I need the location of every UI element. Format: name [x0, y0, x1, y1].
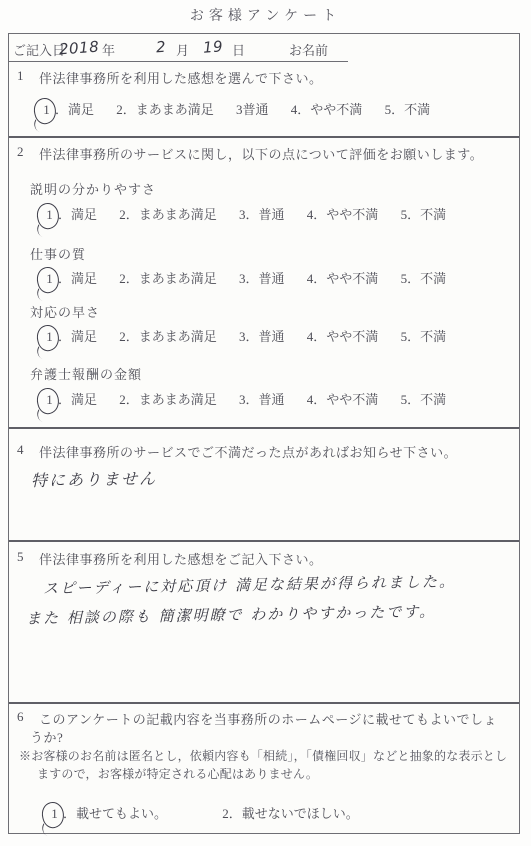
q2-item-1-option-2: 2．まあまあ満足	[119, 207, 217, 222]
day-handwritten: 19	[202, 37, 223, 56]
q1-header: 1 伴法律事務所を利用した感想を選んで下さい。	[9, 68, 519, 87]
date-name-row: ご記入日 2018 年 2 月 19 日 お名前	[9, 37, 519, 61]
q2-item-3-label: 対応の早さ	[30, 302, 100, 321]
q2-item-3-option-4: 4．やや不満	[307, 329, 379, 344]
q6-option-2: 2．載せないでほしい。	[222, 806, 359, 821]
q2-item-2-option-1-label: ．満足	[58, 271, 97, 286]
q1-option-5: 5．不満	[385, 102, 431, 117]
q4-header: 4 伴法律事務所のサービスでご不満だった点があればお知らせ下さい。	[9, 442, 519, 461]
q6-note-line1: ※お客様のお名前は匿名とし，依頼内容も「相続」，「債権回収」などと抽象的な表示と…	[19, 747, 507, 764]
q5-handwritten-line1: スピーディーに対応頂け 満足な結果が得られました。	[43, 570, 456, 598]
q2-item-1-option-4: 4．やや不満	[307, 207, 379, 222]
section-q5: 5 伴法律事務所を利用した感想をご記入下さい。 スピーディーに対応頂け 満足な結…	[9, 542, 519, 704]
q2-item-4-option-4: 4．やや不満	[307, 392, 379, 407]
q2-item-2-label: 仕事の質	[30, 244, 86, 263]
q2-item-3-option-2: 2．まあまあ満足	[119, 329, 217, 344]
q2-item-3-option-3: 3．普通	[239, 329, 285, 344]
q2-item-4-options: 1．満足 2．まあまあ満足 3．普通 4．やや不満 5．不満	[42, 389, 446, 410]
selection-circle: 1	[42, 271, 57, 289]
q2-item-2-option-2: 2．まあまあ満足	[119, 271, 217, 286]
q1-option-1-number: 1	[43, 102, 50, 117]
q2-item-4-option-5: 5．不満	[401, 392, 447, 407]
q4-number: 4	[9, 442, 39, 461]
q1-number: 1	[9, 68, 39, 87]
q5-number: 5	[9, 549, 39, 568]
q6-options: 1．載せてもよい。 2．載せないでほしい。	[47, 803, 359, 824]
selection-circle: 1	[47, 806, 62, 824]
section-q2: 2 伴法律事務所のサービスに関し，以下の点について評価をお願いします。 説明の分…	[9, 138, 519, 429]
month-handwritten: 2	[155, 38, 166, 57]
q5-header: 5 伴法律事務所を利用した感想をご記入下さい。	[9, 549, 519, 568]
q2-item-1-option-5: 5．不満	[401, 207, 447, 222]
q2-item-2-option-1-selected: 1．満足	[42, 271, 97, 286]
section-q1: 1 伴法律事務所を利用した感想を選んで下さい。 1．満足 2．まあまあ満足 3普…	[9, 63, 519, 138]
q2-item-4-label: 弁護士報酬の金額	[30, 364, 142, 383]
date-row-underline	[9, 61, 348, 62]
q1-options: 1．満足 2．まあまあ満足 3普通 4．やや不満 5．不満	[39, 99, 430, 120]
q2-question: 伴法律事務所のサービスに関し，以下の点について評価をお願いします。	[39, 144, 519, 163]
q2-item-1-option-1-label: ．満足	[58, 207, 97, 222]
selection-circle: 1	[42, 392, 57, 410]
q6-header: 6 このアンケートの記載内容を当事務所のホームページに載せてもよいでしょ	[9, 709, 519, 728]
q2-item-1-label: 説明の分かりやすさ	[30, 179, 156, 198]
q2-item-4-option-1-number: 1	[46, 392, 53, 407]
q5-question: 伴法律事務所を利用した感想をご記入下さい。	[39, 549, 519, 568]
survey-scan-page: お客様アンケート ご記入日 2018 年 2 月 19 日 お名前 1 伴法律事…	[0, 0, 531, 846]
day-suffix: 日	[232, 40, 245, 59]
q6-question-line2-row: うか?	[9, 727, 519, 746]
section-q6: 6 このアンケートの記載内容を当事務所のホームページに載せてもよいでしょ うか?…	[9, 704, 519, 834]
selection-circle: 1	[42, 329, 57, 347]
section-q4: 4 伴法律事務所のサービスでご不満だった点があればお知らせ下さい。 特にありませ…	[9, 429, 519, 542]
selection-circle: 1	[42, 207, 57, 225]
q6-question-line1: このアンケートの記載内容を当事務所のホームページに載せてもよいでしょ	[39, 709, 519, 728]
q2-item-4-option-1-label: ．満足	[58, 392, 97, 407]
form-border-box: ご記入日 2018 年 2 月 19 日 お名前 1 伴法律事務所を利用した感想…	[8, 33, 520, 834]
date-label: ご記入日	[13, 40, 65, 59]
year-handwritten: 2018	[58, 38, 99, 59]
q2-item-1-option-1-number: 1	[46, 207, 53, 222]
q5-handwritten-line2: また 相談の際も 簡潔明瞭で わかりやすかったです。	[26, 600, 436, 628]
q2-item-3-option-1-label: ．満足	[58, 329, 97, 344]
q6-option-1-number: 1	[51, 806, 58, 821]
q2-item-2-options: 1．満足 2．まあまあ満足 3．普通 4．やや不満 5．不満	[42, 268, 446, 289]
q1-option-4: 4．やや不満	[291, 102, 363, 117]
q1-question: 伴法律事務所を利用した感想を選んで下さい。	[39, 68, 519, 87]
year-suffix: 年	[102, 40, 115, 59]
q2-item-1-option-1-selected: 1．満足	[42, 207, 97, 222]
q2-item-4-option-3: 3．普通	[239, 392, 285, 407]
selection-circle: 1	[39, 102, 54, 120]
q6-number: 6	[9, 709, 39, 728]
q2-item-3-option-1-number: 1	[46, 329, 53, 344]
q2-item-1-options: 1．満足 2．まあまあ満足 3．普通 4．やや不満 5．不満	[42, 204, 446, 225]
q1-option-1-selected: 1．満足	[39, 102, 94, 117]
q2-number: 2	[9, 144, 39, 163]
q2-item-2-option-3: 3．普通	[239, 271, 285, 286]
page-title: お客様アンケート	[0, 5, 531, 25]
q2-item-2-option-5: 5．不満	[401, 271, 447, 286]
q2-item-3-options: 1．満足 2．まあまあ満足 3．普通 4．やや不満 5．不満	[42, 326, 446, 347]
q6-option-1-selected: 1．載せてもよい。	[47, 806, 167, 821]
q2-item-1-option-3: 3．普通	[239, 207, 285, 222]
q2-item-2-option-1-number: 1	[46, 271, 53, 286]
q6-option-1-label: ．載せてもよい。	[63, 806, 167, 821]
q2-item-3-option-5: 5．不満	[401, 329, 447, 344]
q6-question-line2: うか?	[30, 727, 63, 746]
q4-question: 伴法律事務所のサービスでご不満だった点があればお知らせ下さい。	[39, 442, 519, 461]
name-label: お名前	[289, 40, 328, 59]
q6-note-line2: ますので，お客様が特定される心配はありません。	[37, 765, 318, 782]
q4-handwritten-answer: 特にありません	[31, 466, 157, 491]
q2-item-2-option-4: 4．やや不満	[307, 271, 379, 286]
q1-option-1-label: ．満足	[55, 102, 94, 117]
q2-item-3-option-1-selected: 1．満足	[42, 329, 97, 344]
month-suffix: 月	[176, 40, 189, 59]
q2-item-4-option-2: 2．まあまあ満足	[119, 392, 217, 407]
q1-option-2: 2．まあまあ満足	[116, 102, 214, 117]
q2-item-4-option-1-selected: 1．満足	[42, 392, 97, 407]
q1-option-3: 3普通	[236, 102, 269, 117]
q2-header: 2 伴法律事務所のサービスに関し，以下の点について評価をお願いします。	[9, 144, 519, 163]
